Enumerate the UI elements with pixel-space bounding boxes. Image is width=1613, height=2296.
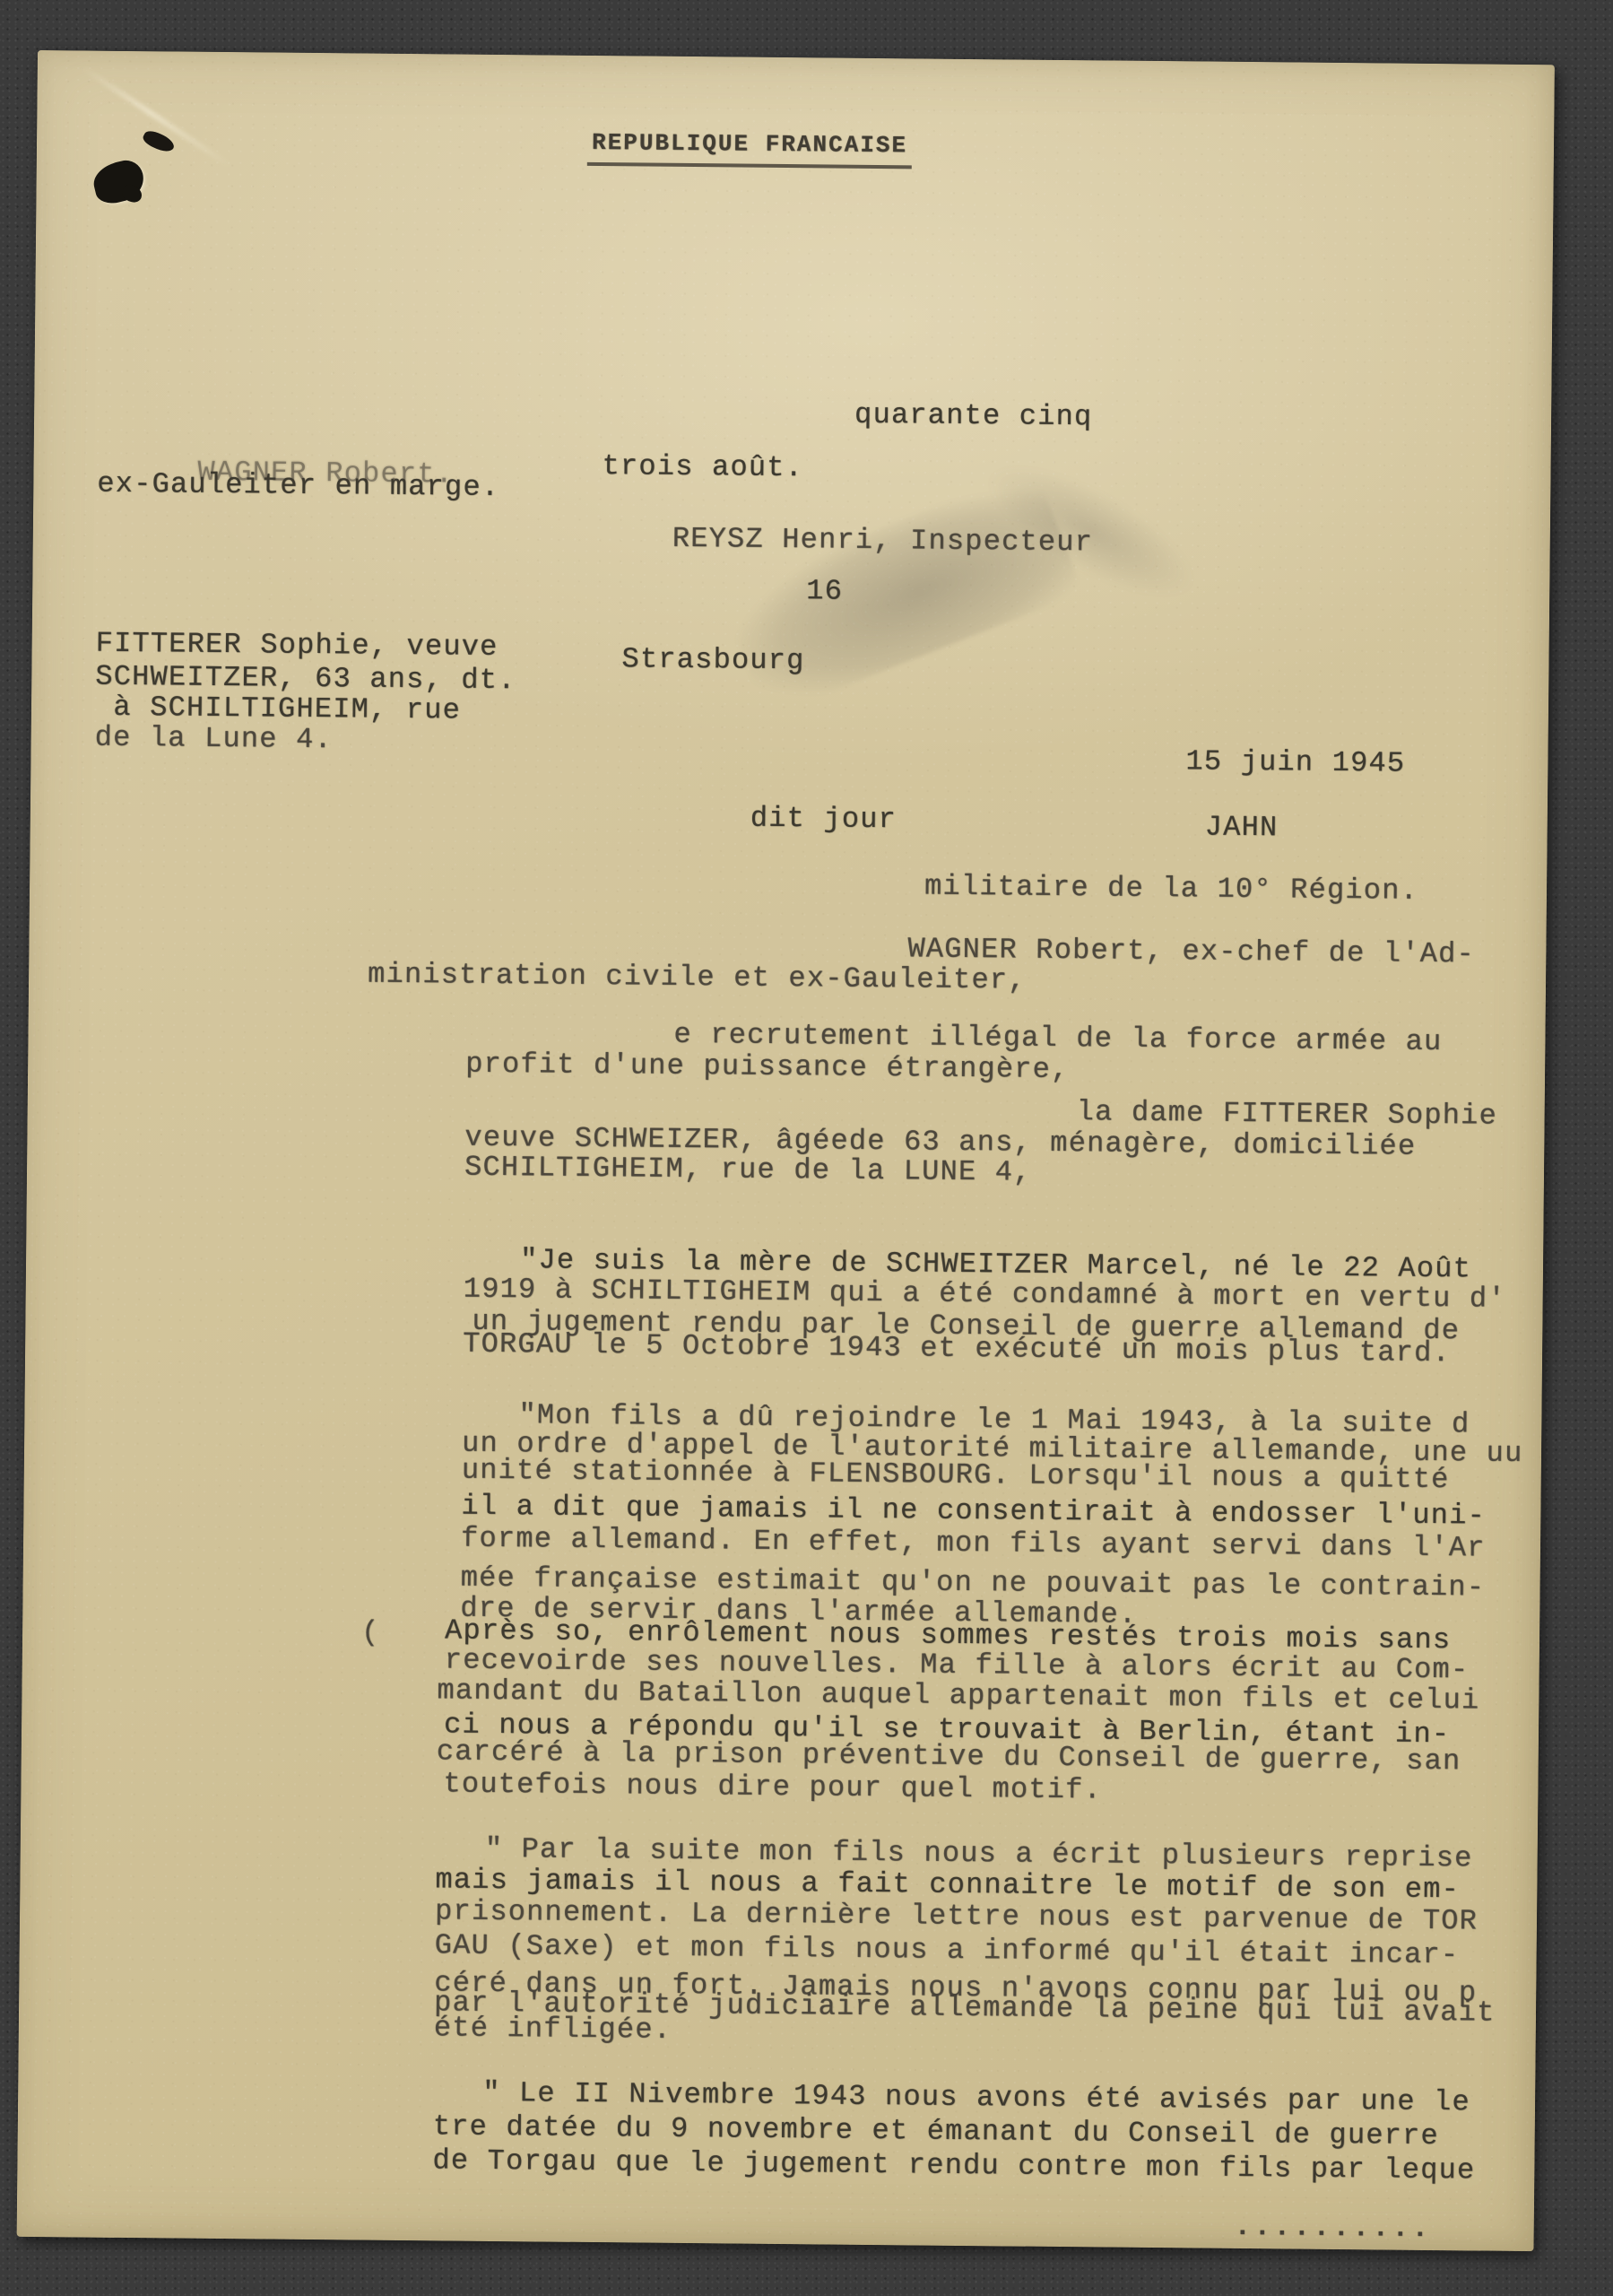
page-title: REPUBLIQUE FRANCAISE — [587, 127, 912, 169]
stray-mark: ( — [361, 1618, 380, 1648]
testimony-line: forme allemand. En effet, mon fils ayant… — [461, 1524, 1486, 1564]
margin-note: ex-Gauleiter en marge. — [97, 469, 499, 503]
document-page: REPUBLIQUE FRANCAISE quarante cinq trois… — [17, 50, 1555, 2251]
testimony-line: été infligée. — [434, 2013, 672, 2046]
region-line: militaire de la 10° Région. — [924, 872, 1418, 907]
testimony-line: TORGAU le 5 Octobre 1943 et exécuté un m… — [463, 1329, 1451, 1370]
deponent-intro-line: SCHILTIGHEIM, rue de la LUNE 4, — [464, 1152, 1032, 1188]
deponent-line: FITTERER Sophie, veuve — [95, 629, 498, 663]
paper-crease — [81, 65, 233, 170]
city-line: Strasbourg — [621, 644, 804, 676]
paper-tear-mark — [141, 127, 177, 155]
same-day-line: dit jour — [750, 804, 898, 836]
date-words: trois août. — [602, 451, 803, 483]
testimony-line: GAU (Saxe) et mon fils nous a informé qu… — [435, 1930, 1460, 1970]
testimony-line: unité stationnée à FLENSBOURG. Lorsqu'il… — [462, 1456, 1450, 1496]
testimony-line: de Torgau que le jugement rendu contre m… — [432, 2145, 1475, 2186]
charge-line: profit d'une puissance étrangère, — [465, 1049, 1070, 1085]
signature-name: JAHN — [1205, 813, 1279, 844]
ellipsis-marks: .......... — [1235, 2213, 1432, 2245]
testimony-line: toutefois nous dire pour quel motif. — [443, 1769, 1102, 1805]
inspector-line: REYSZ Henri, Inspecteur — [672, 524, 1094, 559]
date-line: 15 juin 1945 — [1185, 746, 1405, 778]
folio-number: 16 — [806, 576, 843, 606]
accused-line: ministration civile et ex-Gauleiter, — [368, 960, 1027, 996]
scan-background: { "colors": { "background": "#3b3b3b", "… — [0, 0, 1613, 2296]
page-number-words: quarante cinq — [854, 400, 1093, 433]
deponent-line: de la Lune 4. — [94, 723, 333, 756]
